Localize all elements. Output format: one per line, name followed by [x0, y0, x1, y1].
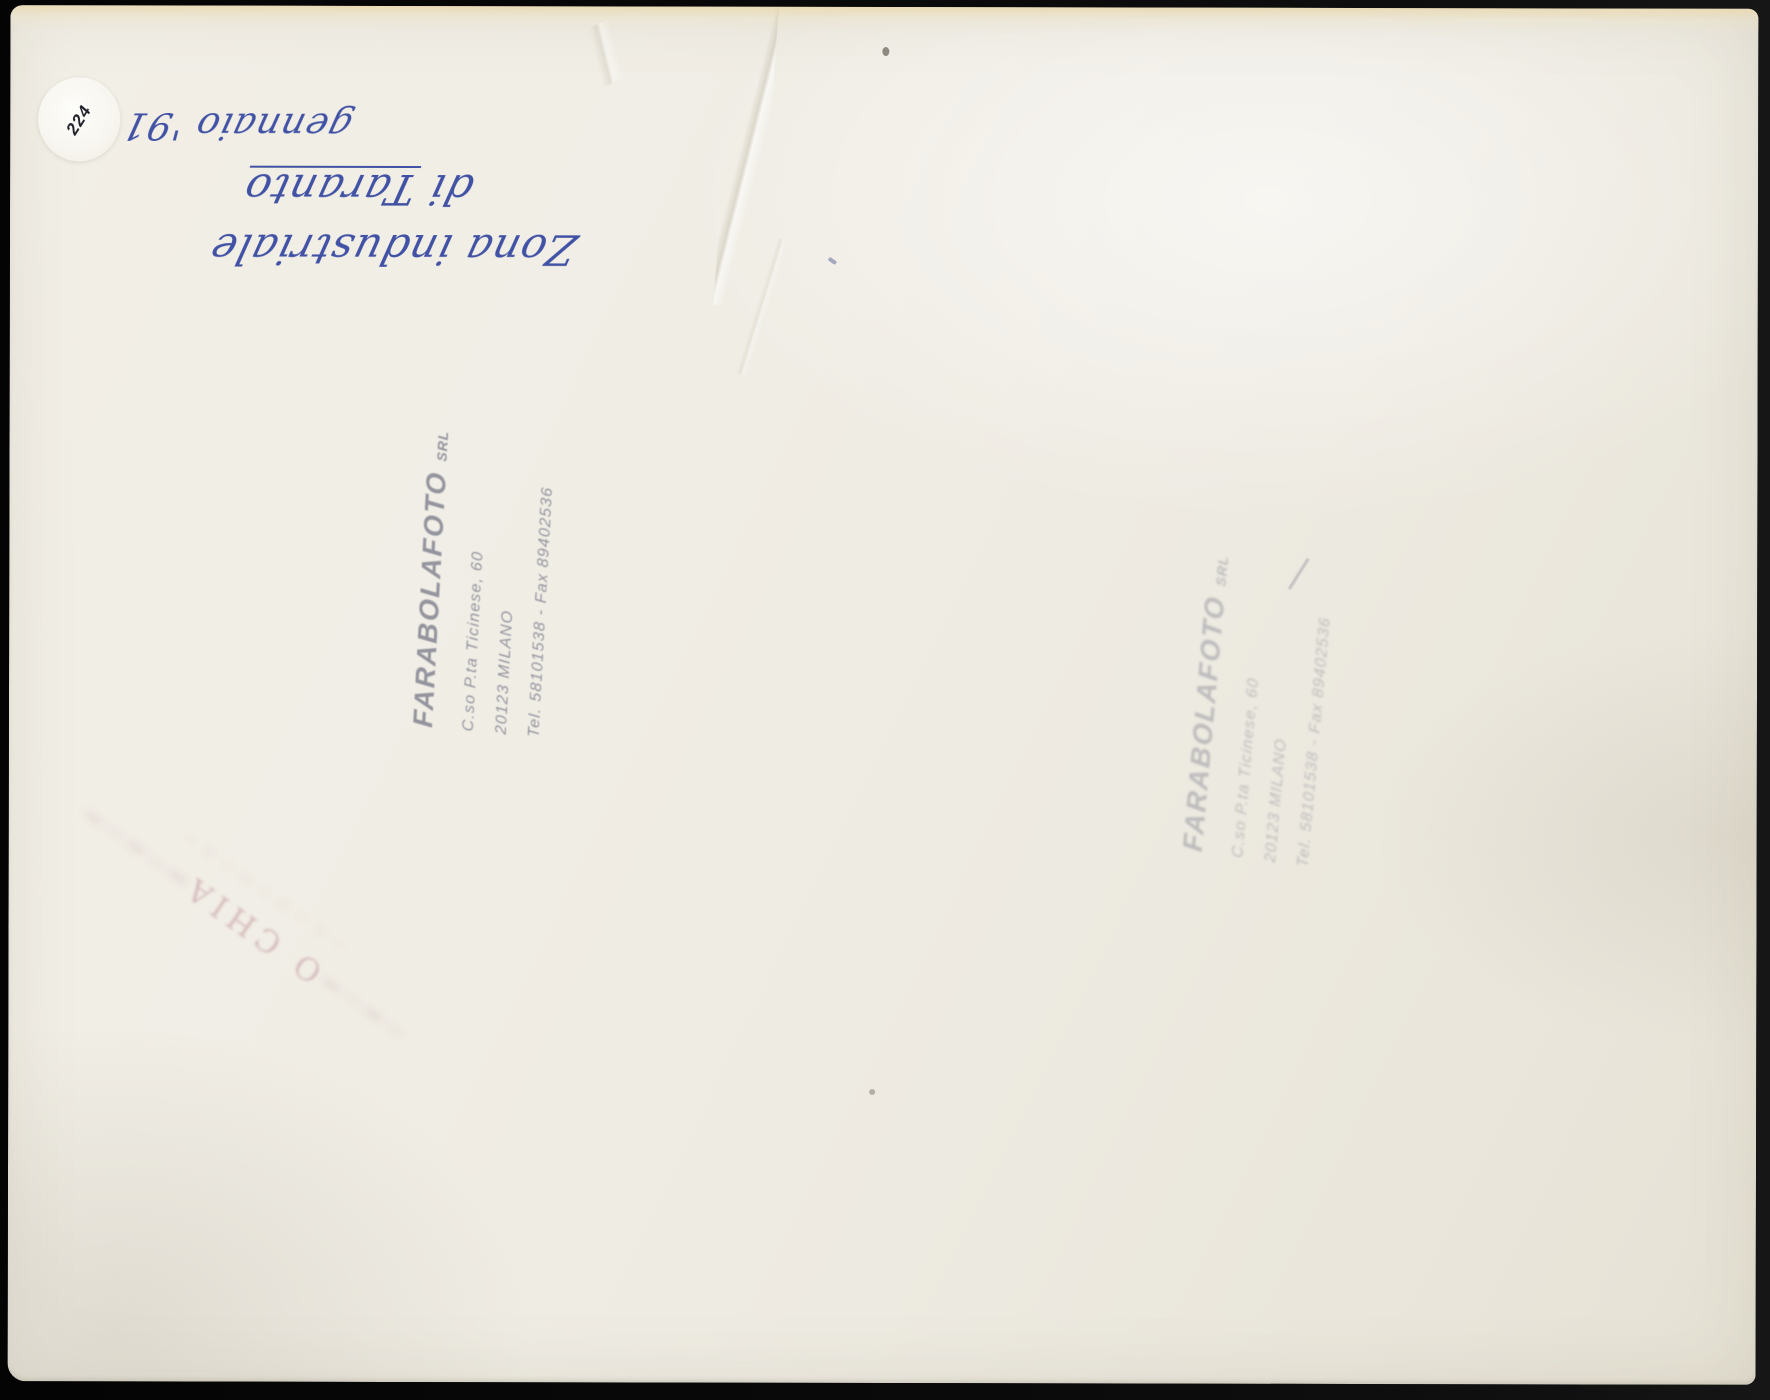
scan-background: 224 Zona industriale di Taranto gennaio … — [0, 0, 1770, 1400]
agency-stamp-name-line: FARABOLAFOTO SRL — [406, 416, 461, 729]
paper-speck — [882, 47, 889, 56]
faded-agency-stamp: ┈┉┈┉O CHIA┉┈┉┈┉ ┈ ┉ ┈ ┉ ┈ ┉ ┈ ┉ ┈ — [19, 680, 519, 1085]
caption-line-1: Zona industriale — [204, 225, 582, 275]
agency-suffix: SRL — [434, 430, 452, 462]
agency-phone: Tel. 58101538 - Fax 89402536 — [527, 427, 560, 738]
agency-address: C.so P.ta Ticinese, 60 — [461, 421, 494, 732]
caption-place-name: Taranto — [238, 165, 421, 214]
faded-stamp-main-line: ┈┉┈┉O CHIA┉┈┉┈┉ — [19, 757, 465, 1086]
handwritten-caption: Zona industriale di Taranto gennaio '91 — [100, 79, 578, 276]
agency-suffix: SRL — [1213, 554, 1232, 587]
caption-line-2: di Taranto — [238, 165, 478, 214]
agency-name: FARABOLAFOTO — [1177, 593, 1231, 853]
faded-stamp-secondary-line: ┈ ┉ ┈ ┉ ┈ ┉ ┈ ┉ ┈ — [45, 733, 481, 1048]
photo-paper-back: 224 Zona industriale di Taranto gennaio … — [8, 5, 1759, 1385]
paper-top-edge-highlight — [10, 5, 1758, 35]
agency-stamp-primary: FARABOLAFOTO SRL C.so P.ta Ticinese, 60 … — [406, 416, 582, 740]
caption-date: gennaio '91 — [117, 104, 357, 147]
agency-stamp-secondary: FARABOLAFOTO SRL C.so P.ta Ticinese, 60 … — [1176, 540, 1362, 871]
agency-stamp-name-line: FARABOLAFOTO SRL — [1176, 540, 1241, 854]
ink-speck — [828, 257, 838, 265]
agency-city: 20123 MILANO — [494, 424, 527, 735]
index-sticker-number: 224 — [64, 100, 94, 138]
agency-name: FARABOLAFOTO — [407, 469, 452, 728]
paper-speck — [869, 1089, 875, 1095]
agency-phone: Tel. 58101538 - Fax 89402536 — [1296, 557, 1340, 868]
